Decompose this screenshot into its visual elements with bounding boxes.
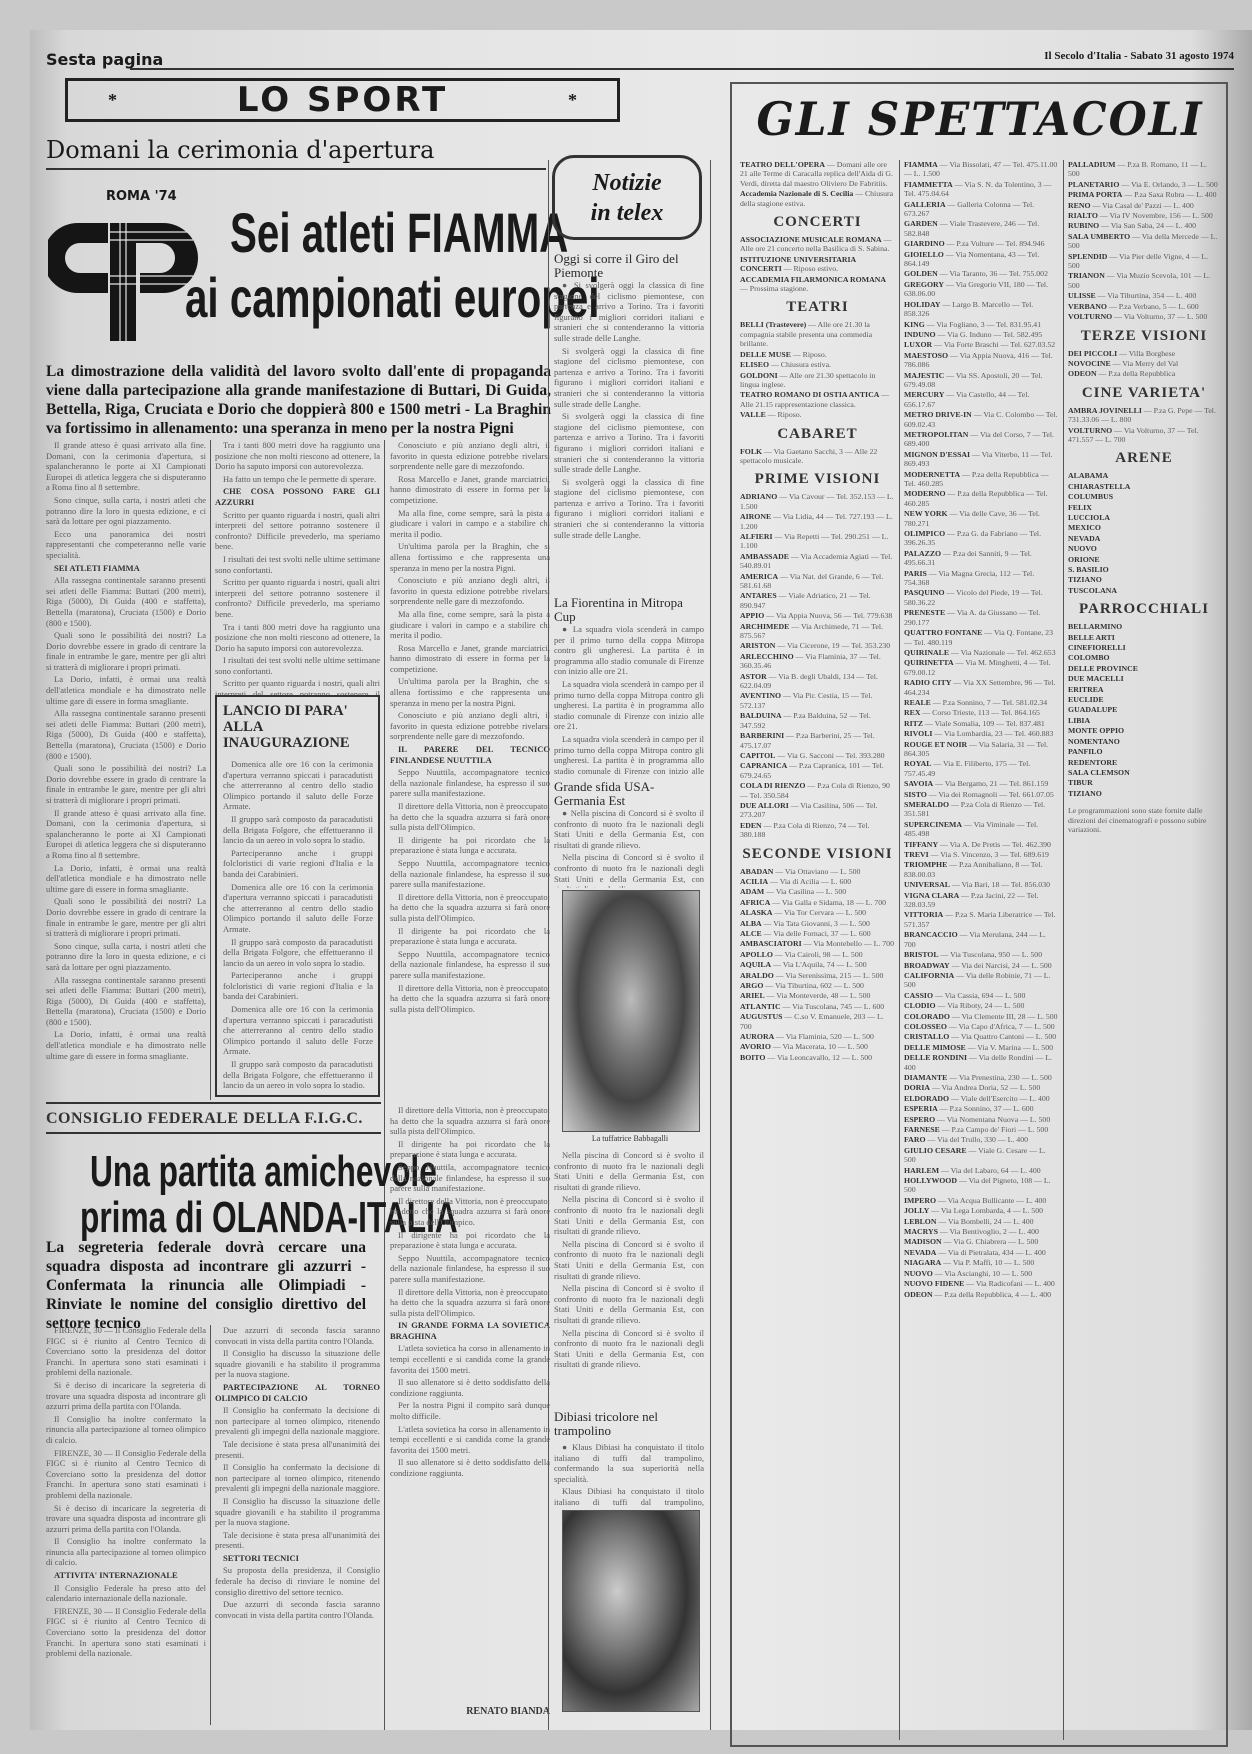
listing-footer-note: Le programmazioni sono state fornite dal… [1068,806,1220,834]
lancio-title-line1: LANCIO DI PARA' [223,703,372,719]
listing-entry: REX — Corso Trieste, 113 — Tel. 864.165 [904,708,1059,717]
listing-entry: MODERNO — P.za della Repubblica — Tel. 4… [904,489,1059,508]
telex-title-line2: in telex [555,198,699,228]
fgc-headline-line1: Una partita amichevole [90,1147,437,1197]
listing-entry: NUOVO — Via Ascianghi, 10 — L. 500 [904,1269,1059,1278]
lancio-title-line3: INAUGURAZIONE [223,735,372,751]
paragraph: La squadra viola scenderà in campo per i… [554,734,704,774]
subheading: SEI ATLETI FIAMMA [46,563,206,574]
listing-entry: SAVOIA — Via Bergamo, 21 — Tel. 861.159 [904,779,1059,788]
listing-entry: FARNESE — P.za Campo de' Fiori — L. 500 [904,1125,1059,1134]
listing-entry: HARLEM — Via del Labaro, 64 — L. 400 [904,1166,1059,1175]
listing-entry: VITTORIA — P.za S. Maria Liberatrice — T… [904,910,1059,929]
telex-item-head: Oggi si corre il Giro del Piemonte [554,252,704,280]
listing-section-heading: PARROCCHIALI [1068,601,1220,618]
listing-section-heading: SECONDE VISIONI [740,846,895,863]
listing-entry: BROADWAY — Via dei Narcisi, 24 — L. 500 [904,961,1059,970]
paragraph: Tra i tanti 800 metri dove ha raggiunto … [215,440,380,472]
listing-entry: FARO — Via del Trullo, 330 — L. 400 [904,1135,1059,1144]
sport-kicker: Domani la cerimonia d'apertura [46,136,434,164]
listing-entry: REDENTORE [1068,758,1220,767]
sport-lead: La dimostrazione della validità del lavo… [46,362,551,438]
paragraph: Ecco una panoramica dei nostri rappresen… [46,529,206,561]
listing-entry: METRO DRIVE-IN — Via C. Colombo — Tel. 6… [904,410,1059,429]
paragraph: Nella piscina di Concord si è svolto il … [554,1194,704,1236]
listing-entry: APOLLO — Via Cairoli, 98 — L. 500 [740,950,895,959]
subheading: IL PARERE DEL TECNICO FINLANDESE NUUTTIL… [390,744,550,765]
paragraph: Il direttore della Vittoria, non è preoc… [390,1105,550,1137]
subheading: IN GRANDE FORMA LA SOVIETICA BRAGHINA [390,1320,550,1341]
listing-entry: RIVOLI — Via Lombardia, 23 — Tel. 460.88… [904,729,1059,738]
listing-entry: SISTO — Via dei Romagnoli — Tel. 661.07.… [904,790,1059,799]
listing-entry: FIAMMA — Via Bissolati, 47 — Tel. 475.11… [904,160,1059,179]
paragraph: Nella piscina di Concord si è svolto il … [554,852,704,888]
listing-entry: TIFFANY — Via A. De Pretis — Tel. 462.39… [904,840,1059,849]
listing-entry: LUCCIOLA [1068,513,1220,522]
listing-entry: NEVADA [1068,534,1220,543]
listing-entry: CAPITOL — Via G. Sacconi — Tel. 393.280 [740,751,895,760]
telex-box: Notizie in telex [552,155,702,240]
telex-item-body: ● Klaus Dibiasi ha conquistato il titolo… [554,1442,704,1507]
listing-entry: MADISON — Via G. Chiabrera — L. 500 [904,1237,1059,1246]
paragraph: Il gruppo sarà composto da paracadutisti… [223,937,373,969]
listing-entry: NUOVO [1068,544,1220,553]
listing-entry: AURORA — Via Flaminia, 520 — L. 500 [740,1032,895,1041]
sport-headline-line2: ai campionati europei [185,265,600,330]
listing-entry: ARLECCHINO — Via Flaminia, 37 — Tel. 360… [740,652,895,671]
listing-entry: CRISTALLO — Via Quattro Cantoni — L. 500 [904,1032,1059,1041]
listing-entry: RIALTO — Via IV Novembre, 156 — L. 500 [1068,211,1220,220]
listing-entry: JOLLY — Via Lega Lombarda, 4 — L. 500 [904,1206,1059,1215]
listing-entry: ALABAMA [1068,471,1220,480]
subheading: PARTECIPAZIONE AL TORNEO OLIMPICO DI CAL… [215,1382,380,1403]
listing-entry: LEBLON — Via Bombelli, 24 — L. 400 [904,1217,1059,1226]
listing-entry: BELLE ARTI [1068,633,1220,642]
listing-entry: ELDORADO — Viale dell'Esercito — L. 400 [904,1094,1059,1103]
listing-entry: AMBASSADE — Via Accademia Agiati — Tel. … [740,552,895,571]
paragraph: Tale decisione è stata presa all'unanimi… [215,1530,380,1551]
listing-entry: BALDUINA — P.za Balduina, 52 — Tel. 347.… [740,711,895,730]
listing-entry: HOLLYWOOD — Via del Pigneto, 108 — L. 50… [904,1176,1059,1195]
listing-entry: ARCHIMEDE — Via Archimede, 71 — Tel. 875… [740,622,895,641]
listing-entry: ISTITUZIONE UNIVERSITARIA CONCERTI — Rip… [740,255,895,274]
listing-entry: MERCURY — Via Castello, 44 — Tel. 656.17… [904,390,1059,409]
listing-entry: GOLDEN — Via Taranto, 36 — Tel. 755.002 [904,269,1059,278]
paragraph: Ma alla fine, come sempre, sarà la pista… [390,609,550,641]
listing-entry: Accademia Nazionale di S. Cecilia — Chiu… [740,189,895,208]
paragraph: Su proposta della presidenza, il Consigl… [215,1565,380,1597]
listing-entry: AQUILA — Via L'Aquila, 74 — L. 500 [740,960,895,969]
fgc-body-col2: Due azzurri di seconda fascia saranno co… [215,1325,380,1725]
listing-entry: VALLE — Riposo. [740,410,895,419]
listing-entry: BRISTOL — Via Tuscolana, 950 — L. 500 [904,950,1059,959]
diver-photo [562,1510,700,1712]
listing-entry: BARBERINI — P.za Barberini, 25 — Tel. 47… [740,731,895,750]
listing-entry: ALBA — Via Tata Giovanni, 3 — L. 500 [740,919,895,928]
listing-entry: PALLADIUM — P.za B. Romano, 11 — L. 500 [1068,160,1220,179]
listing-entry: GUADALUPE [1068,705,1220,714]
fgc-lead: La segreteria federale dovrà cercare una… [46,1238,366,1333]
listing-entry: CASSIO — Via Cassia, 694 — L. 500 [904,991,1059,1000]
sport-body-col1: Il grande atteso è quasi arrivato alla f… [46,440,206,1100]
telex-column: Oggi si corre il Giro del Piemonte ● Si … [554,252,704,888]
paragraph: Klaus Dibiasi ha conquistato il titolo i… [554,1486,704,1507]
listing-entry: GIULIO CESARE — Viale G. Cesare — L. 500 [904,1146,1059,1165]
listing-entry: SUPERCINEMA — Via Viminale — Tel. 485.49… [904,820,1059,839]
listing-entry: PALAZZO — P.za dei Sanniti, 9 — Tel. 495… [904,549,1059,568]
listing-entry: AUGUSTUS — C.so V. Emanuele, 203 — L. 70… [740,1012,895,1031]
paragraph: Il Consiglio Federale ha preso atto del … [46,1583,206,1604]
listing-entry: GOLDONI — Alle ore 21.30 spettacolo in l… [740,371,895,390]
star-icon: * [108,90,117,111]
listing-entry: S. BASILIO [1068,565,1220,574]
listing-entry: GIARDINO — P.za Vulture — Tel. 894.946 [904,239,1059,248]
listing-entry: NUOVO FIDENE — Via Radicofani — L. 400 [904,1279,1059,1288]
listing-entry: CALIFORNIA — Via delle Robinie, 71 — L. … [904,971,1059,990]
paragraph: Quali sono le possibilità dei nostri? La… [46,630,206,672]
paragraph: Domenica alle ore 16 con la cerimonia d'… [223,1004,373,1057]
listing-entry: AMERICA — Via Nat. del Grande, 6 — Tel. … [740,572,895,591]
listing-entry: COLORADO — Via Clemente III, 28 — L. 500 [904,1012,1059,1021]
paragraph: Nella piscina di Concord si è svolto il … [554,1150,704,1192]
paragraph: Domenica alle ore 16 con la cerimonia d'… [223,882,373,935]
paragraph: Il Consiglio ha discusso la situazione d… [215,1348,380,1380]
listing-entry: NIAGARA — Via P. Maffi, 10 — L. 500 [904,1258,1059,1267]
listing-entry: ASTOR — Via B. degli Ubaldi, 134 — Tel. … [740,672,895,691]
paragraph: Il gruppo sarà composto da paracadutisti… [223,1059,373,1089]
listing-entry: CINEFIORELLI [1068,643,1220,652]
paragraph: Scritto per quanto riguarda i nostri, qu… [215,510,380,552]
paragraph: Sono cinque, sulla carta, i nostri atlet… [46,941,206,973]
paragraph: Scritto per quanto riguarda i nostri, qu… [215,678,380,695]
listing-entry: ULISSE — Via Tiburtina, 354 — L. 400 [1068,291,1220,300]
listing-entry: ESPERIA — P.za Sonnino, 37 — L. 600 [904,1104,1059,1113]
column-rule [1063,160,1064,1740]
paragraph: Seppo Nuuttila, accompagnatore tecnico d… [390,1253,550,1285]
listing-entry: PRIMA PORTA — P.za Saxa Rubra — L. 400 [1068,190,1220,199]
listing-entry: SPLENDID — Via Pier delle Vigne, 4 — L. … [1068,252,1220,271]
listing-entry: ABADAN — Via Ottaviano — L. 500 [740,867,895,876]
listing-entry: AFRICA — Via Galla e Sidama, 18 — L. 700 [740,898,895,907]
paragraph: Conosciuto e più anziano degli altri, il… [390,575,550,607]
listing-entry: COLA DI RIENZO — P.za Cola di Rienzo, 90… [740,781,895,800]
listing-entry: ALFIERI — Via Repetti — Tel. 290.251 — L… [740,532,895,551]
lancio-body: Domenica alle ore 16 con la cerimonia d'… [223,759,373,1089]
listing-entry: AIRONE — Via Lidia, 44 — Tel. 727.193 — … [740,512,895,531]
listing-section-heading: CINE VARIETA' [1068,385,1220,402]
listing-entry: OLIMPICO — P.za G. da Fabriano — Tel. 39… [904,529,1059,548]
listing-entry: ATLANTIC — Via Tuscolana, 745 — L. 600 [740,1002,895,1011]
listing-entry: TUSCOLANA [1068,586,1220,595]
fgc-body-col1: FIRENZE, 30 — Il Consiglio Federale dell… [46,1325,206,1725]
paragraph: Il dirigente ha poi ricordato che la pre… [390,1139,550,1160]
listing-entry: COLOMBO [1068,653,1220,662]
paragraph: Il grande atteso è quasi arrivato alla f… [46,440,206,493]
listing-entry: ANTARES — Viale Adriatico, 21 — Tel. 890… [740,591,895,610]
listing-entry: TIZIANO [1068,575,1220,584]
paragraph: Si è deciso di incaricare la segreteria … [46,1503,206,1535]
listing-entry: ROYAL — Via E. Filiberto, 175 — Tel. 757… [904,759,1059,778]
spettacoli-col1: TEATRO DELL'OPERA — Domani alle ore 21 a… [740,160,895,1740]
listing-entry: ACCADEMIA FILARMONICA ROMANA — Prossima … [740,275,895,294]
listing-entry: ORIONE [1068,555,1220,564]
sport-headline-line1: Sei atleti FIAMMA [230,200,568,265]
paragraph: Il direttore della Vittoria, non è preoc… [390,1196,550,1228]
listing-entry: DELLE RONDINI — Via delle Rondini — L. 4… [904,1053,1059,1072]
sport-body-col2: Tra i tanti 800 metri dove ha raggiunto … [215,440,380,695]
telex-item-head: Grande sfida USA-Germania Est [554,780,704,808]
listing-entry: PRENESTE — Via A. da Giussano — Tel. 290… [904,608,1059,627]
paragraph: Seppo Nuuttila, accompagnatore tecnico d… [390,858,550,890]
listing-entry: ADAM — Via Casilina — L. 500 [740,887,895,896]
listing-entry: SMERALDO — P.za Cola di Rienzo — Tel. 35… [904,800,1059,819]
paragraph: La Dorio, infatti, è ormai una realtà de… [46,1029,206,1061]
listing-entry: BRANCACCIO — Via Merulana, 244 — L. 700 [904,930,1059,949]
telex-item-body: ● La squadra viola scenderà in campo per… [554,624,704,774]
paragraph: Ha fatto un tempo che le permette di spe… [215,474,380,485]
paragraph: Alla rassegna continentale saranno prese… [46,975,206,1028]
paragraph: Il Consiglio ha inoltre confermato la ri… [46,1536,206,1568]
paragraph: Parteciperanno anche i gruppi folclorist… [223,848,373,880]
listing-entry: MAJESTIC — Via SS. Apostoli, 20 — Tel. 6… [904,371,1059,390]
listing-entry: SALA CLEMSON [1068,768,1220,777]
listing-entry: TEATRO DELL'OPERA — Domani alle ore 21 a… [740,160,895,188]
listing-entry: COLUMBUS [1068,492,1220,501]
listing-entry: ADRIANO — Via Cavour — Tel. 352.153 — L.… [740,492,895,511]
lancio-box: LANCIO DI PARA' ALLA INAUGURAZIONE Domen… [215,695,380,1097]
listing-section-heading: PRIME VISIONI [740,471,895,488]
listing-entry: IMPERO — Via Acqua Bullicante — L. 400 [904,1196,1059,1205]
paragraph: Nella piscina di Concord si è svolto il … [554,1283,704,1325]
page-label: Sesta pagina [46,50,163,69]
telex-title-line1: Notizie [555,168,699,198]
listing-entry: DELLE PROVINCE [1068,664,1220,673]
listing-entry: TEATRO ROMANO DI OSTIA ANTICA — Alle 21.… [740,390,895,409]
paragraph: Si svolgerà oggi la classica di fine sta… [554,477,704,541]
paragraph: I risultati dei test svolti nelle ultime… [215,655,380,676]
listing-entry: AMBASCIATORI — Via Montebello — L. 700 [740,939,895,948]
paragraph: Domenica alle ore 16 con la cerimonia d'… [223,759,373,812]
paragraph: Due azzurri di seconda fascia saranno co… [215,1599,380,1620]
listing-entry: CLODIO — Via Riboty, 24 — L. 500 [904,1001,1059,1010]
listing-entry: QUATTRO FONTANE — Via Q. Fontane, 23 — T… [904,628,1059,647]
paragraph: Il dirigente ha poi ricordato che la pre… [390,926,550,947]
paragraph: Conosciuto e più anziano degli altri, il… [390,440,550,472]
listing-entry: BELLI (Trastevere) — Alle ore 21.30 la c… [740,320,895,348]
listing-entry: RITZ — Viale Somalia, 109 — Tel. 837.481 [904,719,1059,728]
listing-entry: ARALDO — Via Serenissima, 215 — L. 500 [740,971,895,980]
listing-entry: DORIA — Via Andrea Doria, 52 — L. 500 [904,1083,1059,1092]
paragraph: Si è deciso di incaricare la segreteria … [46,1380,206,1412]
paragraph: Si svolgerà oggi la classica di fine sta… [554,280,704,343]
listing-entry: DUE MACELLI [1068,674,1220,683]
paragraph: La Dorio, infatti, è ormai una realtà de… [46,674,206,706]
paragraph: Il Consiglio ha confermato la decisione … [215,1462,380,1494]
logo-label: ROMA '74 [106,190,177,203]
listing-entry: INDUNO — Via G. Induno — Tel. 582.495 [904,330,1059,339]
listing-entry: RUBINO — Via San Saba, 24 — L. 400 [1068,221,1220,230]
paragraph: FIRENZE, 30 — Il Consiglio Federale dell… [46,1448,206,1501]
listing-entry: EUCLIDE [1068,695,1220,704]
listing-entry: BOITO — Via Leoncavallo, 12 — L. 500 [740,1053,895,1062]
paragraph: Tra i tanti 800 metri dove ha raggiunto … [215,622,380,654]
paragraph: Seppo Nuuttila, accompagnatore tecnico d… [390,949,550,981]
paragraph: Il direttore della Vittoria, non è preoc… [390,1287,550,1319]
listing-entry: ALCE — Via delle Fornaci, 37 — L. 600 [740,929,895,938]
masthead-date: Il Secolo d'Italia - Sabato 31 agosto 19… [1044,50,1234,62]
paragraph: Klaus Dibiasi ha conquistato il titolo i… [554,1442,704,1484]
listing-entry: CAPRANICA — P.za Capranica, 101 — Tel. 6… [740,761,895,780]
listing-entry: PARIS — Via Magna Grecia, 112 — Tel. 754… [904,569,1059,588]
paragraph: Conosciuto e più anziano degli altri, il… [390,710,550,742]
paragraph: Per la nostra Pigni il compito sarà dunq… [390,1400,550,1421]
listing-section-heading: ARENE [1068,450,1220,467]
telex-item-head: Dibiasi tricolore nel trampolino [554,1410,704,1438]
listing-entry: VIGNA CLARA — P.za Jacini, 22 — Tel. 328… [904,891,1059,910]
listing-entry: REALE — P.za Sonnino, 7 — Tel. 581.02.34 [904,698,1059,707]
listing-entry: CHIARASTELLA [1068,482,1220,491]
listing-entry: ARIEL — Via Monteverde, 48 — L. 500 [740,991,895,1000]
listing-entry: GREGORY — Via Gregorio VII, 180 — Tel. 6… [904,280,1059,299]
listing-entry: MODERNETTA — P.za della Repubblica — Tel… [904,470,1059,489]
listing-entry: DELLE MUSE — Riposo. [740,350,895,359]
listing-entry: NOVOCINE — Via Merry del Val [1068,359,1220,368]
listing-entry: BELLARMINO [1068,622,1220,631]
listing-entry: COLOSSEO — Via Capo d'Africa, 7 — L. 500 [904,1022,1059,1031]
telex-item-body: ● Nella piscina di Concord si è svolto i… [554,808,704,888]
sport-body-col3: Conosciuto e più anziano degli altri, il… [390,440,550,1100]
newspaper-page: Sesta pagina Il Secolo d'Italia - Sabato… [30,30,1252,1730]
column-rule [899,160,900,1740]
listing-entry: SALA UMBERTO — Via della Mercede — L. 50… [1068,232,1220,251]
subheading: CHE COSA POSSONO FARE GLI AZZURRI [215,486,380,507]
paragraph: Tale decisione è stata presa all'unanimi… [215,1439,380,1460]
listing-entry: UNIVERSAL — Via Bari, 18 — Tel. 856.030 [904,880,1059,889]
paragraph: Alla rassegna continentale saranno prese… [46,575,206,628]
listing-entry: NEVADA — Via di Pietralata, 434 — L. 400 [904,1248,1059,1257]
listing-section-heading: CABARET [740,426,895,443]
listing-entry: KING — Via Fogliano, 3 — Tel. 831.95.41 [904,320,1059,329]
listing-entry: VOLTURNO — Via Volturno, 37 — L. 500 [1068,312,1220,321]
listing-entry: DEI PICCOLI — Villa Borghese [1068,349,1220,358]
listing-entry: HOLIDAY — Largo B. Marcello — Tel. 858.3… [904,300,1059,319]
paragraph: Quali sono le possibilità dei nostri? La… [46,896,206,938]
listing-entry: ALASKA — Via Tor Cervara — L. 500 [740,908,895,917]
paragraph: Il Consiglio ha confermato la decisione … [215,1405,380,1437]
paragraph: I risultati dei test svolti nelle ultime… [215,554,380,575]
column-rule [210,440,211,1100]
listing-entry: TIZIANO [1068,789,1220,798]
listing-entry: ARISTON — Via Cicerone, 19 — Tel. 353.23… [740,641,895,650]
listing-entry: QUIRINETTA — Via M. Minghetti, 4 — Tel. … [904,658,1059,677]
subheading: ATTIVITA' INTERNAZIONALE [46,1570,206,1581]
paragraph: Nella piscina di Concord si è svolto il … [554,1239,704,1281]
listing-entry: RENO — Via Casal de' Pazzi — L. 400 [1068,201,1220,210]
sport-section-banner: * LO SPORT * [65,78,620,122]
listing-entry: PASQUINO — Vicolo del Piede, 19 — Tel. 5… [904,588,1059,607]
listing-entry: ODEON — P.za della Repubblica, 4 — L. 40… [904,1290,1059,1299]
paragraph: Nella piscina di Concord si è svolto il … [554,1328,704,1370]
listing-entry: TIBUR [1068,778,1220,787]
listing-entry: DIAMANTE — Via Prenestina, 230 — L. 500 [904,1073,1059,1082]
listing-section-heading: TEATRI [740,299,895,316]
paragraph: La Dorio, infatti, è ormai una realtà de… [46,863,206,895]
paragraph: Il dirigente ha poi ricordato che la pre… [390,1230,550,1251]
paragraph: Si svolgerà oggi la classica di fine sta… [554,346,704,410]
listing-entry: MAESTOSO — Via Appia Nuova, 416 — Tel. 7… [904,351,1059,370]
listing-entry: NEW YORK — Via delle Cave, 36 — Tel. 780… [904,509,1059,528]
paragraph: L'atleta sovietica ha corso in allenamen… [390,1343,550,1375]
listing-entry: ARGO — Via Tiburtina, 602 — L. 500 [740,981,895,990]
listing-entry: AVORIO — Via Macerata, 10 — L. 500 [740,1042,895,1051]
listing-section-heading: TERZE VISIONI [1068,328,1220,345]
lancio-title-line2: ALLA [223,719,372,735]
paragraph: Seppo Nuuttila, accompagnatore tecnico d… [390,1162,550,1194]
listing-entry: TREVI — Via S. Vincenzo, 3 — Tel. 689.61… [904,850,1059,859]
listing-entry: FELIX [1068,503,1220,512]
star-icon: * [568,90,577,111]
paragraph: Due azzurri di seconda fascia saranno co… [215,1325,380,1346]
paragraph: Ma alla fine, come sempre, sarà la pista… [390,508,550,540]
listing-entry: MONTE OPPIO [1068,726,1220,735]
byline: RENATO BIANDA [390,1706,550,1717]
paragraph: Il gruppo sarà composto da paracadutisti… [223,814,373,846]
listing-entry: TRIOMPHE — P.za Annibaliano, 8 — Tel. 83… [904,860,1059,879]
listing-entry: AMBRA JOVINELLI — P.za G. Pepe — Tel. 73… [1068,406,1220,425]
paragraph: La squadra viola scenderà in campo per i… [554,679,704,732]
divider [46,1102,381,1104]
listing-entry: PLANETARIO — Via E. Orlando, 3 — L. 500 [1068,180,1220,189]
listing-entry: QUIRINALE — Via Nazionale — Tel. 462.653 [904,648,1059,657]
header-rule [130,68,1234,70]
sport-section-title: LO SPORT [237,80,448,120]
listing-section-heading: CONCERTI [740,214,895,231]
listing-entry: EDEN — P.za Cola di Rienzo, 74 — Tel. 38… [740,821,895,840]
column-rule [384,440,385,1730]
paragraph: Alla rassegna continentale saranno prese… [46,708,206,761]
listing-entry: ODEON — P.za della Repubblica [1068,369,1220,378]
listing-entry: LUXOR — Via Forte Braschi — Tel. 627.03.… [904,340,1059,349]
listing-entry: ACILIA — Via di Acilia — L. 600 [740,877,895,886]
listing-entry: RADIO CITY — Via XX Settembre, 96 — Tel.… [904,678,1059,697]
paragraph: Un'ultima parola per la Braghin, che si … [390,541,550,573]
cip-track-logo-icon: ROMA '74 [48,190,198,340]
listing-entry: FIAMMETTA — Via S. N. da Tolentino, 3 — … [904,180,1059,199]
swimmer-photo [562,890,700,1132]
paragraph: Nella piscina di Concord si è svolto il … [554,808,704,850]
listing-entry: LIBIA [1068,716,1220,725]
paragraph: Rosa Marcello e Janet, grande marciatric… [390,474,550,506]
listing-entry: MIGNON D'ESSAI — Via Viterbo, 11 — Tel. … [904,450,1059,469]
listing-entry: VERBANO — P.za Verbano, 5 — L. 600 [1068,302,1220,311]
listing-entry: ROUGE ET NOIR — Via Salaria, 31 — Tel. 8… [904,740,1059,759]
paragraph: L'atleta sovietica ha corso in allenamen… [390,1424,550,1456]
listing-entry: NOMENTANO [1068,737,1220,746]
listing-entry: MACRYS — Via Bentivoglio, 2 — L. 400 [904,1227,1059,1236]
telex-body-continued: Nella piscina di Concord si è svolto il … [554,1150,704,1400]
listing-entry: GALLERIA — Galleria Colonna — Tel. 673.2… [904,200,1059,219]
listing-entry: METROPOLITAN — Via del Corso, 7 — Tel. 6… [904,430,1059,449]
paragraph: FIRENZE, 30 — Il Consiglio Federale dell… [46,1606,206,1659]
paragraph: Quali sono le possibilità dei nostri? La… [46,763,206,805]
paragraph: Il Consiglio ha discusso la situazione d… [215,1496,380,1528]
paragraph: Il dirigente ha poi ricordato che la pre… [390,835,550,856]
spettacoli-col3: PALLADIUM — P.za B. Romano, 11 — L. 500P… [1068,160,1220,1740]
listing-entry: PANFILO [1068,747,1220,756]
sport-body-col3-continued: Il direttore della Vittoria, non è preoc… [390,1105,550,1700]
listing-entry: GARDEN — Viale Trastevere, 246 — Tel. 58… [904,219,1059,238]
paragraph: Il direttore della Vittoria, non è preoc… [390,983,550,1015]
